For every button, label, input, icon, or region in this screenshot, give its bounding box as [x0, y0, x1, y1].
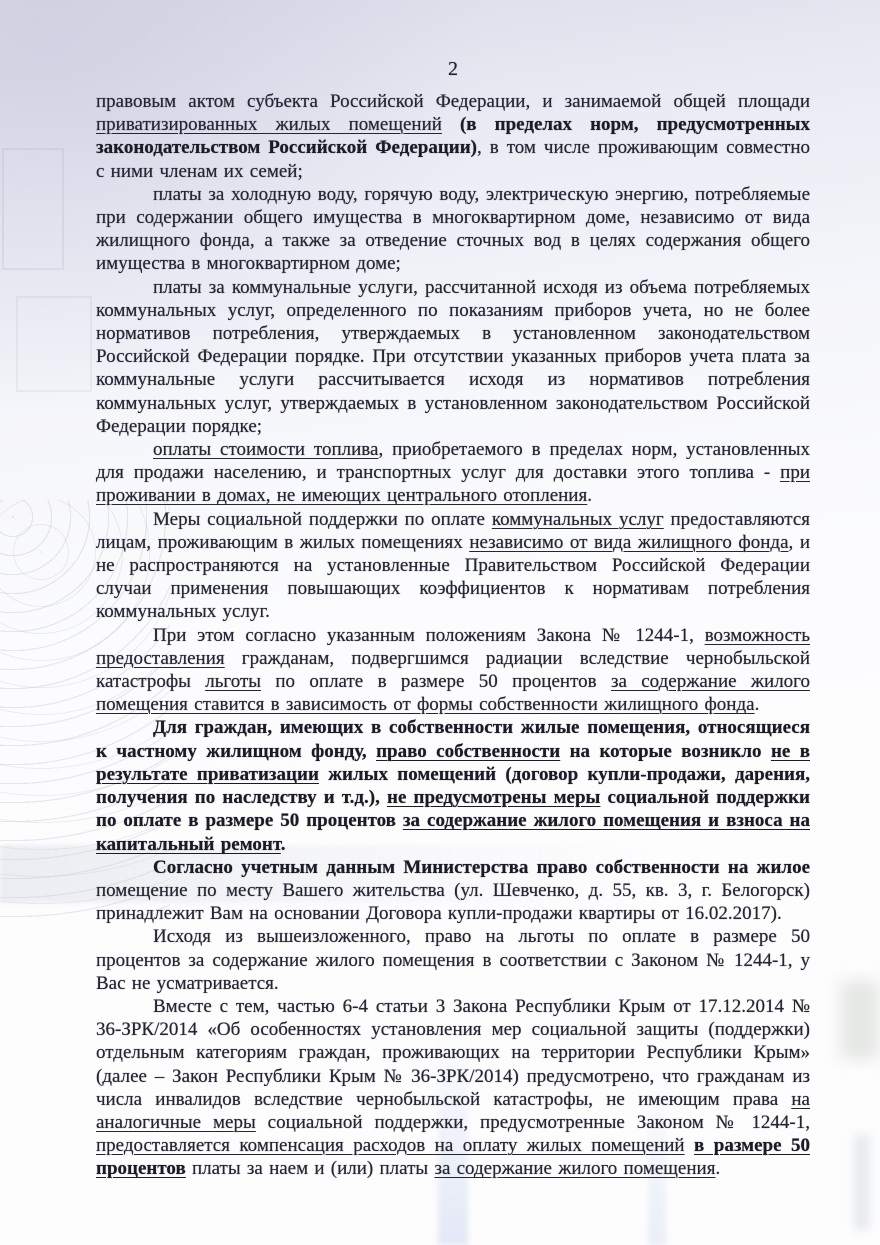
text-segment: льготы — [205, 671, 261, 692]
text-segment: оплаты стоимости топлива — [153, 439, 378, 460]
text-segment: платы за холодную воду, горячую воду, эл… — [96, 184, 810, 275]
paragraph: платы за холодную воду, горячую воду, эл… — [96, 183, 810, 276]
text-segment: платы за наем и (или) платы — [186, 1158, 435, 1179]
text-segment: независимо от вида жилищного фонда — [469, 532, 788, 553]
text-segment: социальной поддержки, предусмотренные За… — [256, 1112, 810, 1133]
scan-bleedthrough-rectangle — [16, 296, 92, 392]
text-segment: Вместе с тем, частью 6-4 статьи 3 Закона… — [96, 996, 810, 1110]
document-body: правовым актом субъекта Российской Федер… — [96, 90, 810, 1181]
text-segment: При этом согласно указанным положениям З… — [153, 625, 705, 646]
text-segment: Согласно учетным данным Министерства пра… — [153, 857, 810, 878]
scan-blotch — [840, 980, 880, 1060]
text-segment: не предусмотрены меры — [387, 787, 600, 808]
text-segment: Исходя из вышеизложенного, право на льго… — [96, 926, 810, 993]
text-segment: . — [281, 834, 286, 855]
text-segment: по оплате в размере 50 процентов — [261, 671, 611, 692]
paragraph: Согласно учетным данным Министерства пра… — [96, 856, 810, 926]
paragraph: оплаты стоимости топлива, приобретаемого… — [96, 438, 810, 508]
scanned-document-page: 2 правовым актом субъекта Российской Фед… — [0, 0, 880, 1245]
text-segment: Меры социальной поддержки по оплате — [153, 509, 492, 530]
paragraph: Для граждан, имеющих в собственности жил… — [96, 716, 810, 855]
page-number: 2 — [96, 58, 810, 81]
scan-streak — [854, 1135, 870, 1230]
text-segment: помещение по месту Вашего жительства (ул… — [96, 880, 810, 924]
text-segment: правовым актом субъекта Российской Федер… — [96, 91, 810, 112]
text-segment: коммунальных услуг — [492, 509, 664, 530]
paragraph: Вместе с тем, частью 6-4 статьи 3 Закона… — [96, 995, 810, 1181]
paragraph: Меры социальной поддержки по оплате комм… — [96, 508, 810, 624]
text-segment: . — [715, 1158, 720, 1179]
text-segment: . — [587, 485, 592, 506]
text-segment — [442, 114, 460, 135]
text-segment: . — [755, 694, 760, 715]
text-segment — [685, 1135, 694, 1156]
paragraph: При этом согласно указанным положениям З… — [96, 624, 810, 717]
text-segment: на которые возникло — [560, 741, 771, 762]
text-segment: за содержание жилого помещения — [434, 1158, 715, 1179]
text-segment: приватизированных жилых помещений — [96, 114, 442, 135]
paragraph: платы за коммунальные услуги, рассчитанн… — [96, 276, 810, 438]
text-segment: платы за коммунальные услуги, рассчитанн… — [96, 277, 810, 437]
text-segment: право собственности — [376, 741, 560, 762]
text-segment: предоставляется компенсация расходов на … — [96, 1135, 685, 1156]
scan-bleedthrough-rectangle — [2, 148, 64, 270]
paragraph: правовым актом субъекта Российской Федер… — [96, 90, 810, 183]
paragraph: Исходя из вышеизложенного, право на льго… — [96, 925, 810, 995]
